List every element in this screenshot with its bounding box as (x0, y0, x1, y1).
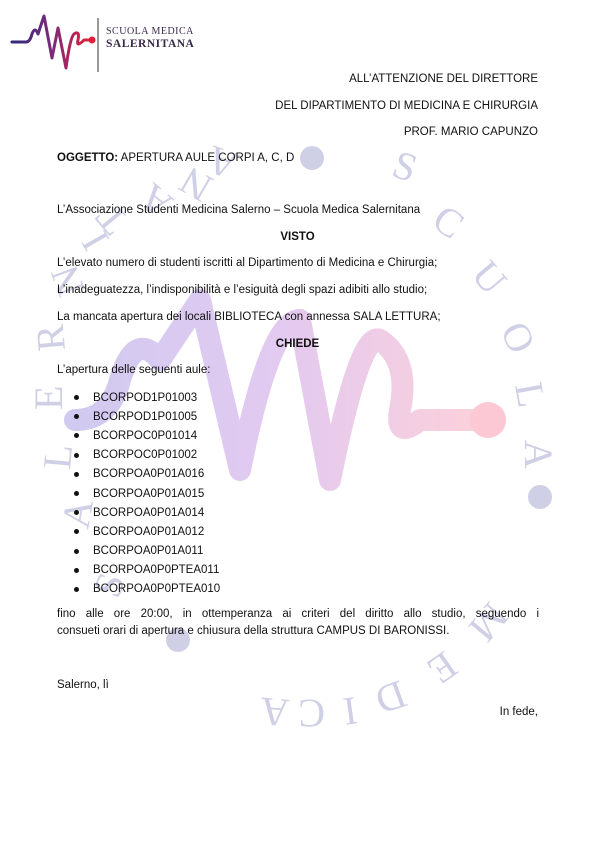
subject-text: APERTURA AULE CORPI A, C, D (118, 152, 294, 164)
signoff: In fede, (500, 706, 538, 718)
list-item: BCORPOA0P01A016 (74, 465, 220, 484)
list-item: BCORPOA0P0PTEA010 (74, 580, 220, 599)
closing-paragraph: fino alle ore 20:00, in ottemperanza ai … (57, 606, 539, 640)
list-item: BCORPOA0P01A015 (74, 484, 220, 503)
list-item: BCORPOA0P01A012 (74, 522, 220, 541)
bullet-icon (74, 529, 79, 534)
list-item: BCORPOC0P01002 (74, 446, 220, 465)
bullet-icon (74, 472, 79, 477)
bullet-icon (74, 549, 79, 554)
bullet-icon (74, 587, 79, 592)
subject: OGGETTO: APERTURA AULE CORPI A, C, D (57, 152, 294, 164)
recipient-line3: PROF. MARIO CAPUNZO (404, 126, 538, 138)
logo-line1: SCUOLA MEDICA (106, 26, 194, 37)
list-item: BCORPOA0P0PTEA011 (74, 561, 220, 580)
heartbeat-logo-icon (8, 8, 104, 78)
visto-item: L’elevato numero di studenti iscritti al… (57, 257, 437, 269)
chiede-intro: L’apertura delle seguenti aule: (57, 364, 210, 376)
visto-item: L’inadeguatezza, l’indisponibilità e l’e… (57, 284, 427, 296)
visto-heading: VISTO (0, 231, 595, 243)
closing-line2: consueti orari di apertura e chiusura de… (57, 623, 539, 640)
list-item: BCORPOA0P01A011 (74, 542, 220, 561)
rooms-list: BCORPOD1P01003 BCORPOD1P01005 BCORPOC0P0… (74, 388, 220, 599)
subject-label: OGGETTO: (57, 152, 118, 164)
list-item: BCORPOA0P01A014 (74, 503, 220, 522)
recipient-line1: ALL’ATTENZIONE DEL DIRETTORE (349, 73, 538, 85)
bullet-icon (74, 433, 79, 438)
bullet-icon (74, 568, 79, 573)
bullet-icon (74, 453, 79, 458)
chiede-heading: CHIEDE (0, 338, 595, 350)
closing-line1: fino alle ore 20:00, in ottemperanza ai … (57, 606, 539, 623)
list-item: BCORPOD1P01005 (74, 407, 220, 426)
place-date: Salerno, lì (57, 679, 109, 691)
bullet-icon (74, 491, 79, 496)
list-item: BCORPOD1P01003 (74, 388, 220, 407)
bullet-icon (74, 414, 79, 419)
bullet-icon (74, 510, 79, 515)
list-item: BCORPOC0P01014 (74, 426, 220, 445)
sender: L’Associazione Studenti Medicina Salerno… (57, 204, 420, 216)
logo: SCUOLA MEDICA SALERNITANA (8, 8, 188, 78)
logo-line2: SALERNITANA (106, 38, 194, 50)
recipient-line2: DEL DIPARTIMENTO DI MEDICINA E CHIRURGIA (275, 100, 538, 112)
bullet-icon (74, 395, 79, 400)
visto-item: La mancata apertura dei locali BIBLIOTEC… (57, 311, 441, 323)
